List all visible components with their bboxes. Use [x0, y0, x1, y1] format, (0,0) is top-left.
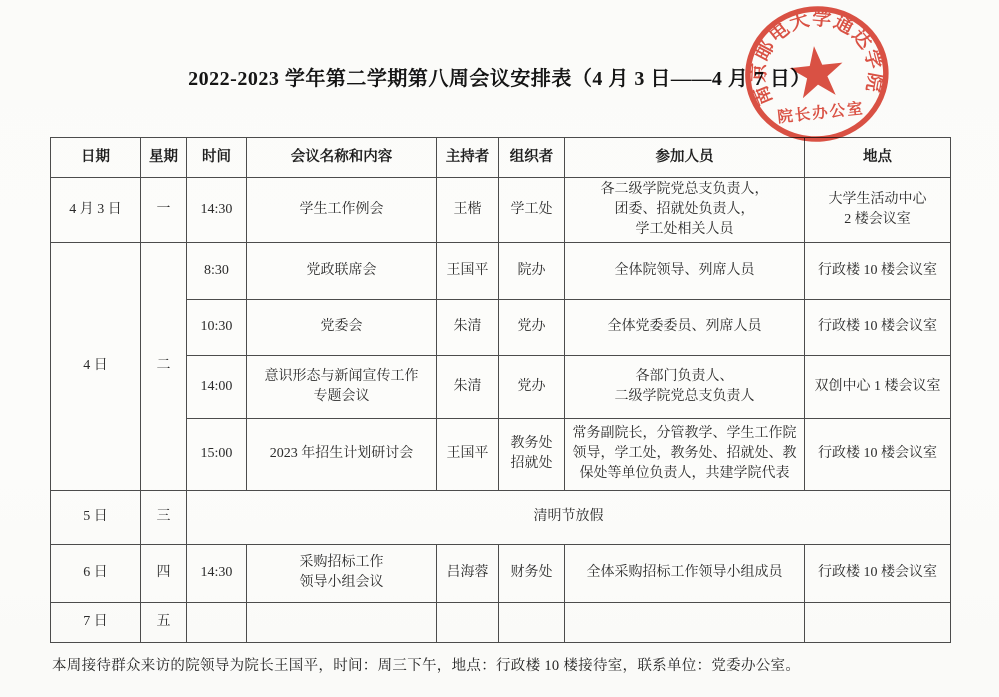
cell-participants: 常务副院长，分管教学、学生工作院 领导，学工处，教务处、招就处、教 保处等单位负… — [565, 418, 805, 490]
cell-meeting-name: 2023 年招生计划研讨会 — [247, 418, 437, 490]
cell-location: 大学生活动中心 2 楼会议室 — [805, 178, 951, 243]
cell-participants: 各二级学院党总支负责人， 团委、招就处负责人， 学工处相关人员 — [565, 178, 805, 243]
cell-organizer: 党办 — [499, 355, 565, 418]
cell-location: 双创中心 1 楼会议室 — [805, 355, 951, 418]
cell-weekday: 四 — [141, 544, 187, 602]
col-header-weekday: 星期 — [141, 138, 187, 178]
cell-weekday: 三 — [141, 490, 187, 544]
cell-weekday: 五 — [141, 602, 187, 642]
cell-organizer — [499, 602, 565, 642]
cell-time: 15:00 — [187, 418, 247, 490]
seal-office-name: 院长办公室 — [776, 98, 865, 126]
cell-meeting-name: 学生工作例会 — [247, 178, 437, 243]
cell-host: 王国平 — [437, 418, 499, 490]
table-row: 5 日 三 清明节放假 — [51, 490, 951, 544]
cell-participants — [565, 602, 805, 642]
col-header-meeting: 会议名称和内容 — [247, 138, 437, 178]
cell-host: 朱清 — [437, 355, 499, 418]
page-title: 2022-2023 学年第二学期第八周会议安排表（4 月 3 日——4 月 7 … — [50, 62, 949, 91]
meeting-schedule-table: 日期 星期 时间 会议名称和内容 主持者 组织者 参加人员 地点 4 月 3 日… — [50, 137, 951, 643]
table-header-row: 日期 星期 时间 会议名称和内容 主持者 组织者 参加人员 地点 — [51, 138, 951, 178]
cell-host: 王楷 — [437, 178, 499, 243]
col-header-date: 日期 — [51, 138, 141, 178]
cell-meeting-name: 党委会 — [247, 299, 437, 355]
cell-date: 6 日 — [51, 544, 141, 602]
col-header-host: 主持者 — [437, 138, 499, 178]
cell-weekday: 二 — [141, 242, 187, 490]
cell-date: 4 日 — [51, 242, 141, 490]
cell-organizer: 教务处 招就处 — [499, 418, 565, 490]
cell-participants: 全体院领导、列席人员 — [565, 242, 805, 299]
seal-org-name: 南京邮电大学通达学院 — [739, 0, 890, 109]
cell-holiday: 清明节放假 — [187, 490, 951, 544]
col-header-time: 时间 — [187, 138, 247, 178]
cell-organizer: 院办 — [499, 242, 565, 299]
cell-host: 吕海蓉 — [437, 544, 499, 602]
cell-host — [437, 602, 499, 642]
table-row: 4 月 3 日 一 14:30 学生工作例会 王楷 学工处 各二级学院党总支负责… — [51, 178, 951, 243]
cell-date: 7 日 — [51, 602, 141, 642]
table-row: 4 日 二 8:30 党政联席会 王国平 院办 全体院领导、列席人员 行政楼 1… — [51, 242, 951, 299]
footer-note: 本周接待群众来访的院领导为院长王国平，时间：周三下午，地点：行政楼 10 楼接待… — [52, 654, 999, 675]
cell-time — [187, 602, 247, 642]
cell-date: 5 日 — [51, 490, 141, 544]
cell-time: 14:30 — [187, 544, 247, 602]
cell-organizer: 财务处 — [499, 544, 565, 602]
col-header-location: 地点 — [805, 138, 951, 178]
cell-time: 10:30 — [187, 299, 247, 355]
cell-organizer: 学工处 — [499, 178, 565, 243]
col-header-organizer: 组织者 — [499, 138, 565, 178]
cell-participants: 各部门负责人、 二级学院党总支负责人 — [565, 355, 805, 418]
cell-location: 行政楼 10 楼会议室 — [805, 418, 951, 490]
cell-organizer: 党办 — [499, 299, 565, 355]
document-page: 2022-2023 学年第二学期第八周会议安排表（4 月 3 日——4 月 7 … — [0, 62, 999, 675]
cell-meeting-name — [247, 602, 437, 642]
cell-participants: 全体采购招标工作领导小组成员 — [565, 544, 805, 602]
table-row: 7 日 五 — [51, 602, 951, 642]
cell-date: 4 月 3 日 — [51, 178, 141, 243]
cell-participants: 全体党委委员、列席人员 — [565, 299, 805, 355]
table-row: 6 日 四 14:30 采购招标工作 领导小组会议 吕海蓉 财务处 全体采购招标… — [51, 544, 951, 602]
cell-time: 8:30 — [187, 242, 247, 299]
cell-meeting-name: 党政联席会 — [247, 242, 437, 299]
cell-location: 行政楼 10 楼会议室 — [805, 242, 951, 299]
cell-location: 行政楼 10 楼会议室 — [805, 299, 951, 355]
cell-host: 朱清 — [437, 299, 499, 355]
cell-meeting-name: 意识形态与新闻宣传工作 专题会议 — [247, 355, 437, 418]
cell-time: 14:00 — [187, 355, 247, 418]
cell-weekday: 一 — [141, 178, 187, 243]
col-header-participants: 参加人员 — [565, 138, 805, 178]
cell-location — [805, 602, 951, 642]
cell-meeting-name: 采购招标工作 领导小组会议 — [247, 544, 437, 602]
cell-time: 14:30 — [187, 178, 247, 243]
cell-location: 行政楼 10 楼会议室 — [805, 544, 951, 602]
cell-host: 王国平 — [437, 242, 499, 299]
